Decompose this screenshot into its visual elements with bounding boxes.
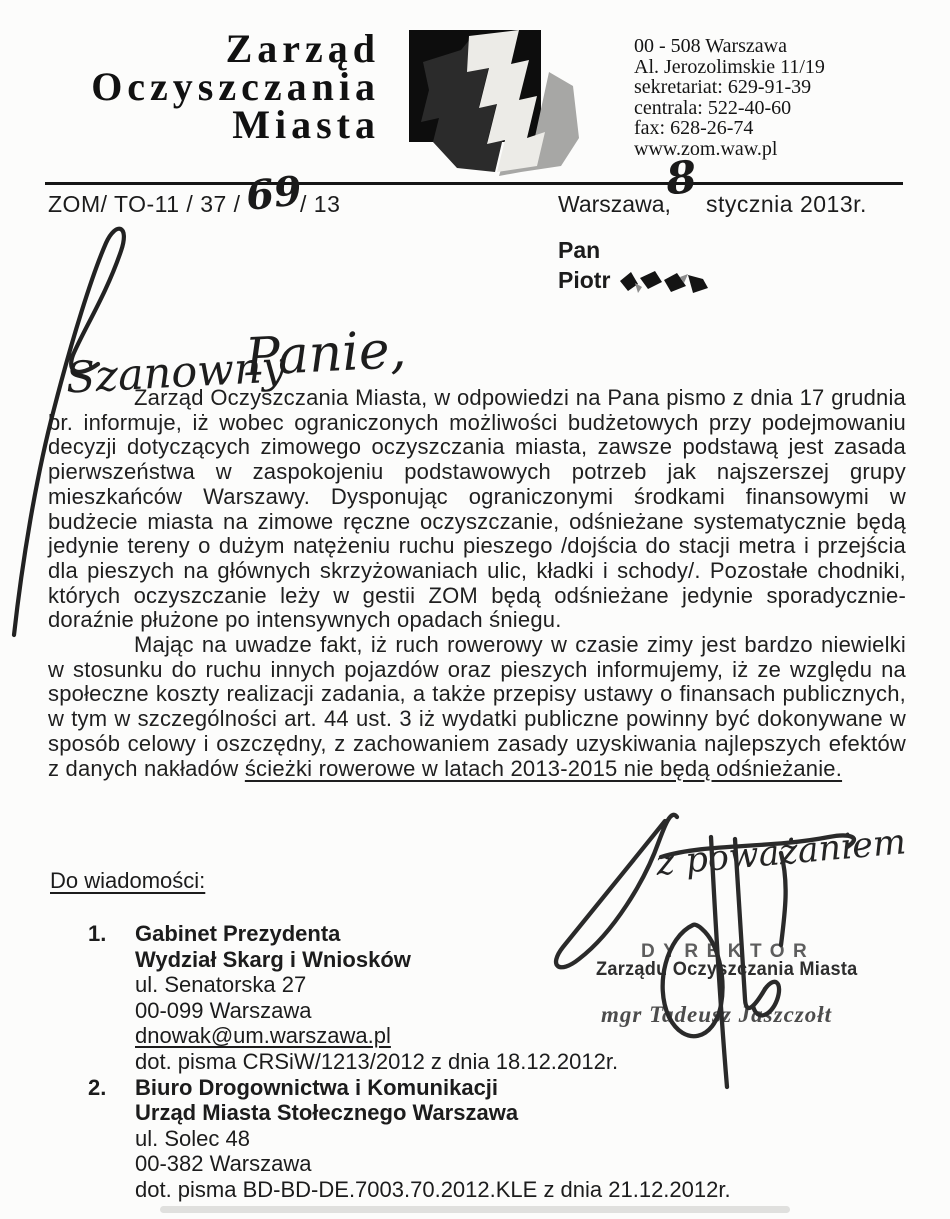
cc-heading: Do wiadomości: [50, 868, 205, 894]
body-paragraph-1: Zarząd Oczyszczania Miasta, w odpowiedzi… [48, 386, 906, 633]
org-title-line-3: Miasta [30, 106, 380, 144]
cc-item-1-office: Gabinet Prezydenta [135, 921, 618, 947]
zom-logo [403, 20, 593, 180]
address-line-street: Al. Jerozolimskie 11/19 [634, 57, 924, 78]
header-divider-line [45, 182, 903, 185]
addressee-first-name: Piotr [558, 266, 610, 295]
org-title: Zarząd Oczyszczania Miasta [30, 30, 380, 144]
cc-item-2-department: Urząd Miasta Stołecznego Warszawa [135, 1100, 731, 1126]
cc-item-1-street: ul. Senatorska 27 [135, 972, 618, 998]
address-line-centrala: centrala: 522-40-60 [634, 98, 924, 119]
org-title-line-2: Oczyszczania [30, 68, 380, 106]
body-paragraph-2-underlined: ścieżki rowerowe w latach 2013-2015 nie … [245, 756, 842, 781]
cc-item-2: 2. Biuro Drogownictwa i Komunikacji Urzą… [88, 1075, 808, 1203]
reference-number-prefix: ZOM/ TO-11 / 37 / [48, 191, 241, 218]
cc-item-1-content: Gabinet Prezydenta Wydział Skarg i Wnios… [135, 921, 618, 1075]
dateline-city: Warszawa, [558, 191, 671, 218]
signature-title-organization: Zarządu Oczyszczania Miasta [596, 958, 858, 981]
reference-number-suffix: / 13 [300, 191, 340, 218]
letter-body: Zarząd Oczyszczania Miasta, w odpowiedzi… [48, 386, 906, 781]
handwritten-day-number: 8 [663, 152, 699, 206]
handwritten-closing: z poważaniem [653, 822, 907, 884]
cc-item-2-street: ul. Solec 48 [135, 1126, 731, 1152]
cc-item-1-city: 00-099 Warszawa [135, 998, 618, 1024]
scan-smudge [160, 1206, 790, 1213]
address-line-postal: 00 - 508 Warszawa [634, 36, 924, 57]
cc-item-1-ref: dot. pisma CRSiW/1213/2012 z dnia 18.12.… [135, 1049, 618, 1075]
handwritten-reference-number: 69 [244, 167, 304, 220]
org-title-line-1: Zarząd [30, 30, 380, 68]
dateline-month-year: stycznia 2013r. [706, 191, 867, 218]
letterhead-address: 00 - 508 Warszawa Al. Jerozolimskie 11/1… [634, 36, 924, 159]
cc-item-2-office: Biuro Drogownictwa i Komunikacji [135, 1075, 731, 1101]
cc-item-1-number: 1. [88, 921, 135, 1075]
redacted-surname-scribble [618, 269, 718, 295]
cc-item-2-content: Biuro Drogownictwa i Komunikacji Urząd M… [135, 1075, 731, 1203]
cc-item-1-email: dnowak@um.warszawa.pl [135, 1023, 618, 1049]
greeting-word-2: Panie, [243, 320, 408, 388]
address-line-fax: fax: 628-26-74 [634, 118, 924, 139]
signatory-name: mgr Tadeusz Jaszczołt [601, 1002, 832, 1028]
address-line-sekretariat: sekretariat: 629-91-39 [634, 77, 924, 98]
cc-item-1-department: Wydział Skarg i Wniosków [135, 947, 618, 973]
letter-page: Zarząd Oczyszczania Miasta 00 - 508 Wars… [0, 0, 950, 1219]
addressee-block: Pan Piotr [558, 236, 718, 295]
cc-item-2-city: 00-382 Warszawa [135, 1151, 731, 1177]
cc-item-2-ref: dot. pisma BD-BD-DE.7003.70.2012.KLE z d… [135, 1177, 731, 1203]
body-paragraph-2: Mając na uwadze fakt, iż ruch rowerowy w… [48, 633, 906, 781]
addressee-salutation: Pan [558, 236, 718, 265]
cc-item-2-number: 2. [88, 1075, 135, 1203]
